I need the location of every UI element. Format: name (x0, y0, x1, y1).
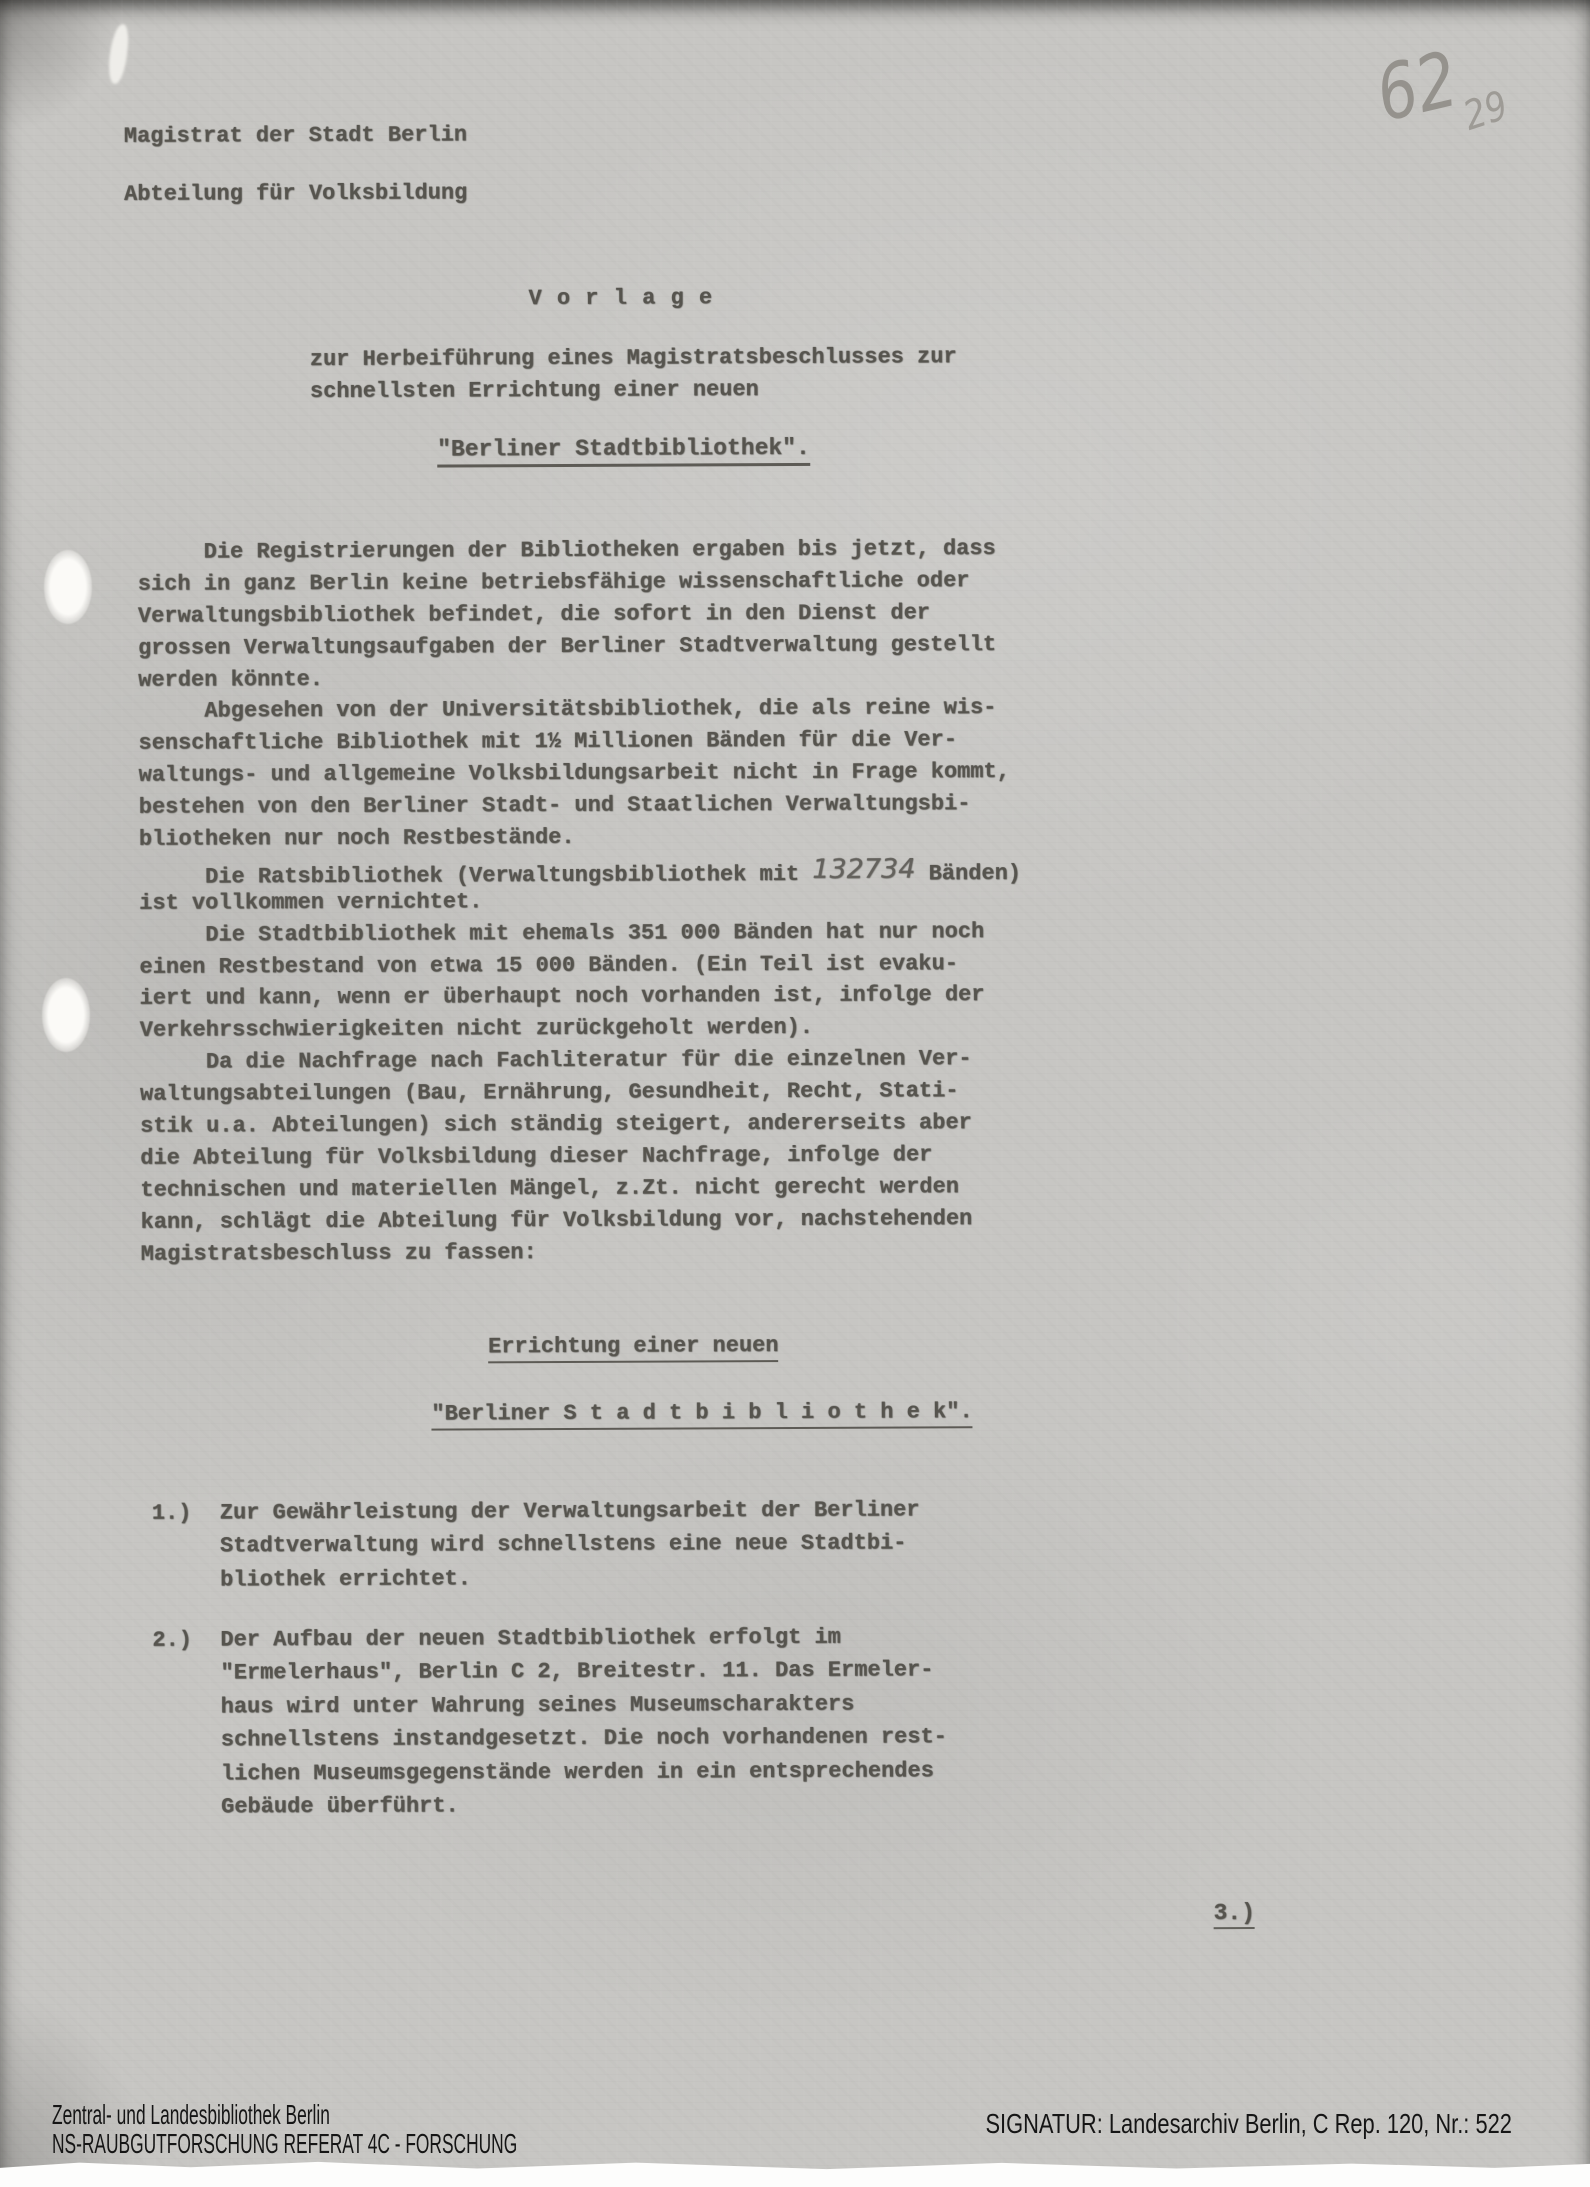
punch-hole-bottom (42, 978, 90, 1052)
typed-line: Der Aufbau der neuen Stadtbibliothek erf… (220, 1624, 946, 1661)
archive-institution: Zentral- und Landesbibliothek Berlin (52, 2099, 330, 2130)
typed-line: waltungs- und allgemeine Volksbildungsar… (139, 759, 1021, 795)
typed-line: Magistratsbeschluss zu fassen: (141, 1238, 1023, 1274)
typed-line: bliothek errichtet. (220, 1564, 920, 1600)
typed-line: iert und kann, wenn er überhaupt noch vo… (140, 982, 1022, 1018)
typed-line: bestehen von den Berliner Stadt- und Sta… (139, 791, 1021, 827)
typed-line: haus wird unter Wahrung seines Museumsch… (221, 1691, 947, 1728)
document-title: V o r l a g e (528, 285, 713, 311)
typed-line: lichen Museumsgegenstände werden in ein … (221, 1758, 947, 1795)
typed-line: ist vollkommen vernichtet. (139, 887, 1021, 923)
subtitle-emphasis-underlined: "Berliner Stadtbibliothek". (437, 435, 810, 468)
typed-line: Verwaltungsbibliothek befindet, die sofo… (138, 600, 1020, 636)
typed-line: Die Registrierungen der Bibliotheken erg… (138, 536, 1020, 572)
typed-line: Stadtverwaltung wird schnellstens eine n… (220, 1531, 920, 1567)
page-continuation-marker: 3.) (1214, 1900, 1256, 1929)
resolution-heading-line-2: "Berliner S t a d t b i b l i o t h e k"… (431, 1399, 972, 1430)
archive-footer-left: Zentral- und Landesbibliothek BerlinNS-R… (52, 2100, 517, 2158)
punch-hole-top (44, 550, 92, 624)
archive-signature: SIGNATUR: Landesarchiv Berlin, C Rep. 12… (986, 2108, 1512, 2140)
sender-line-2: Abteilung für Volksbildung (124, 180, 467, 206)
typed-line: senschaftliche Bibliothek mit 1½ Million… (138, 727, 1020, 763)
typed-text: Die Ratsbibliothek (Verwaltungsbibliothe… (139, 862, 812, 890)
subtitle-line-2: schnellsten Errichtung einer neuen (310, 377, 759, 404)
item-2-text: Der Aufbau der neuen Stadtbibliothek erf… (220, 1624, 947, 1828)
typed-line: Zur Gewährleistung der Verwaltungsarbeit… (220, 1497, 920, 1533)
typed-line: Verkehrsschwierigkeiten nicht zurückgeho… (140, 1014, 1022, 1050)
typed-line: Gebäude überführt. (221, 1791, 947, 1828)
typed-line: die Abteilung für Volksbildung dieser Na… (140, 1142, 1022, 1178)
typed-line: technischen und materiellen Mängel, z.Zt… (140, 1174, 1022, 1210)
typed-line: kann, schlägt die Abteilung für Volksbil… (141, 1206, 1023, 1242)
resolution-heading-line-1: Errichtung einer neuen (488, 1333, 779, 1363)
typed-line: Die Ratsbibliothek (Verwaltungsbibliothe… (139, 855, 1021, 891)
typed-line: Da die Nachfrage nach Fachliteratur für … (140, 1046, 1022, 1082)
typed-line: sich in ganz Berlin keine betriebsfähige… (138, 568, 1020, 604)
item-1-text: Zur Gewährleistung der Verwaltungsarbeit… (220, 1497, 920, 1600)
typed-line: grossen Verwaltungsaufgaben der Berliner… (138, 632, 1020, 668)
item-1-number: 1.) (152, 1501, 192, 1526)
handwritten-volume-count: 132734 (812, 853, 915, 884)
typed-line: "Ermelerhaus", Berlin C 2, Breitestr. 11… (220, 1658, 946, 1695)
typed-text: Bänden) (915, 861, 1021, 886)
sender-line-1: Magistrat der Stadt Berlin (124, 122, 467, 148)
archive-department: NS-RAUBGUTFORSCHUNG REFERAT 4C - FORSCHU… (52, 2128, 517, 2159)
typed-line: werden könnte. (138, 664, 1020, 700)
typed-line: Abgesehen von der Universitätsbibliothek… (138, 695, 1020, 731)
typed-line: waltungsabteilungen (Bau, Ernährung, Ges… (140, 1078, 1022, 1114)
typed-line: stik u.a. Abteilungen) sich ständig stei… (140, 1110, 1022, 1146)
scanned-document-page: { "document": { "annotations": { "top_ri… (0, 0, 1590, 2187)
body-text-block: Die Registrierungen der Bibliotheken erg… (138, 536, 1023, 1273)
item-2-number: 2.) (152, 1628, 192, 1653)
subtitle-line-1: zur Herbeiführung eines Magistratsbeschl… (310, 344, 957, 372)
typed-content-layer: Magistrat der Stadt Berlin Abteilung für… (0, 0, 1590, 2187)
typed-line: einen Restbestand von etwa 15 000 Bänden… (139, 951, 1021, 987)
typed-line: schnellstens instandgesetzt. Die noch vo… (221, 1725, 947, 1762)
typed-line: Die Stadtbibliothek mit ehemals 351 000 … (139, 919, 1021, 955)
